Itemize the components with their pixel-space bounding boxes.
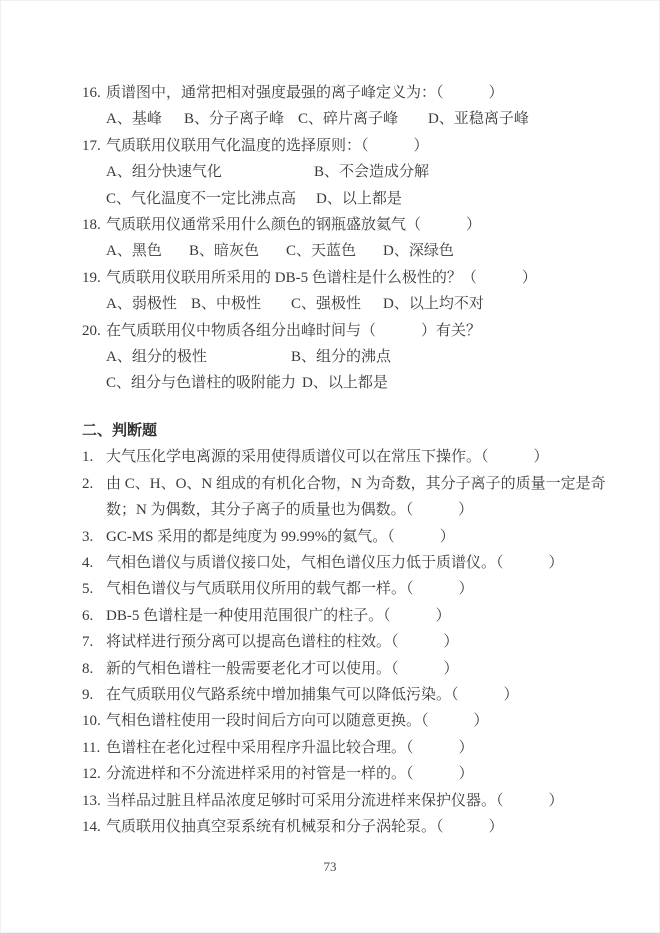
tf-item-number: 12. [82, 761, 101, 787]
option-label: B、组分的沸点 [291, 344, 391, 370]
tf-item-text: 由 C、H、O、N 组成的有机化合物，N 为奇数，其分子离子的质量一定是奇数；N… [106, 476, 606, 518]
tf-item: 13.当样品过脏且样品浓度足够时可采用分流进样来保护仪器。（ ） [82, 788, 606, 814]
tf-item-number: 13. [82, 788, 101, 814]
question-stem-line: 20.在气质联用仪中物质各组分出峰时间与（ ）有关？ [82, 318, 606, 344]
option-label: A、组分快速气化 [106, 159, 314, 185]
question-number: 16. [82, 80, 101, 106]
option-label: D、以上都是 [302, 370, 388, 396]
question-number: 17. [82, 133, 101, 159]
tf-item-number: 1. [82, 444, 93, 470]
option-label: D、以上都是 [316, 186, 402, 212]
option-line: A、组分的极性B、组分的沸点 [82, 344, 606, 370]
tf-item-text: 分流进样和不分流进样采用的衬管是一样的。（ ） [106, 766, 474, 782]
tf-item-text: 将试样进行预分离可以提高色谱柱的柱效。（ ） [106, 634, 459, 650]
tf-item-text: GC-MS 采用的都是纯度为 99.99%的氦气。（ ） [106, 529, 455, 545]
option-label: B、不会造成分解 [314, 159, 429, 185]
option-label: D、亚稳离子峰 [428, 106, 529, 132]
page-number: 73 [1, 859, 659, 875]
option-label: D、以上均不对 [383, 291, 484, 317]
option-label: B、分子离子峰 [184, 106, 298, 132]
question-number: 18. [82, 212, 101, 238]
tf-item-number: 10. [82, 708, 101, 734]
option-line: C、组分与色谱柱的吸附能力D、以上都是 [82, 370, 606, 396]
tf-item-number: 11. [82, 735, 100, 761]
option-label: A、基峰 [106, 106, 184, 132]
multiple-choice-section: 16.质谱图中，通常把相对强度最强的离子峰定义为：（ ）A、基峰B、分子离子峰C… [82, 80, 606, 397]
mc-question: 17.气质联用仪联用气化温度的选择原则：（ ）A、组分快速气化B、不会造成分解C… [82, 133, 606, 212]
option-label: A、黑色 [106, 238, 189, 264]
tf-item-number: 14. [82, 814, 101, 840]
tf-item-number: 9. [82, 682, 93, 708]
page-content: 16.质谱图中，通常把相对强度最强的离子峰定义为：（ ）A、基峰B、分子离子峰C… [82, 80, 606, 840]
tf-item-number: 7. [82, 629, 93, 655]
tf-item-text: 色谱柱在老化过程中采用程序升温比较合理。（ ） [106, 740, 474, 756]
option-line: A、组分快速气化B、不会造成分解 [82, 159, 606, 185]
question-stem-line: 19.气质联用仪联用所采用的 DB-5 色谱柱是什么极性的？（ ） [82, 265, 606, 291]
question-stem: 气质联用仪通常采用什么颜色的钢瓶盛放氦气（ ） [106, 217, 481, 233]
mc-question: 18.气质联用仪通常采用什么颜色的钢瓶盛放氦气（ ）A、黑色B、暗灰色C、天蓝色… [82, 212, 606, 265]
tf-item: 8.新的气相色谱柱一般需要老化才可以使用。（ ） [82, 656, 606, 682]
mc-question: 20.在气质联用仪中物质各组分出峰时间与（ ）有关？A、组分的极性B、组分的沸点… [82, 318, 606, 397]
tf-item: 9.在气质联用仪气路系统中增加捕集气可以降低污染。（ ） [82, 682, 606, 708]
option-label: A、弱极性 [106, 291, 191, 317]
tf-item: 10.气相色谱柱使用一段时间后方向可以随意更换。（ ） [82, 708, 606, 734]
tf-item: 11.色谱柱在老化过程中采用程序升温比较合理。（ ） [82, 735, 606, 761]
tf-item-text: 大气压化学电离源的采用使得质谱仪可以在常压下操作。（ ） [106, 449, 549, 465]
document-page: 16.质谱图中，通常把相对强度最强的离子峰定义为：（ ）A、基峰B、分子离子峰C… [0, 0, 660, 933]
question-stem: 质谱图中，通常把相对强度最强的离子峰定义为：（ ） [106, 85, 504, 101]
tf-item-number: 4. [82, 550, 93, 576]
tf-item: 5.气相色谱仪与气质联用仪所用的载气都一样。（ ） [82, 576, 606, 602]
tf-item: 6.DB-5 色谱柱是一种使用范围很广的柱子。（ ） [82, 603, 606, 629]
tf-item-text: DB-5 色谱柱是一种使用范围很广的柱子。（ ） [106, 608, 451, 624]
option-label: A、组分的极性 [106, 344, 291, 370]
option-label: B、中极性 [191, 291, 291, 317]
mc-question: 16.质谱图中，通常把相对强度最强的离子峰定义为：（ ）A、基峰B、分子离子峰C… [82, 80, 606, 133]
tf-item-text: 在气质联用仪气路系统中增加捕集气可以降低污染。（ ） [106, 687, 519, 703]
tf-item-text: 气相色谱仪与气质联用仪所用的载气都一样。（ ） [106, 581, 474, 597]
tf-item: 3.GC-MS 采用的都是纯度为 99.99%的氦气。（ ） [82, 524, 606, 550]
tf-item-text: 气质联用仪抽真空泵系统有机械泵和分子涡轮泵。（ ） [106, 819, 504, 835]
tf-item-number: 3. [82, 524, 93, 550]
tf-item: 12.分流进样和不分流进样采用的衬管是一样的。（ ） [82, 761, 606, 787]
option-line: A、弱极性B、中极性C、强极性D、以上均不对 [82, 291, 606, 317]
question-stem: 气质联用仪联用气化温度的选择原则：（ ） [106, 138, 429, 154]
tf-item: 1.大气压化学电离源的采用使得质谱仪可以在常压下操作。（ ） [82, 444, 606, 470]
tf-item: 14.气质联用仪抽真空泵系统有机械泵和分子涡轮泵。（ ） [82, 814, 606, 840]
option-label: C、气化温度不一定比沸点高 [106, 186, 316, 212]
section-heading-true-false: 二、判断题 [82, 418, 606, 444]
option-label: D、深绿色 [383, 238, 454, 264]
question-stem: 气质联用仪联用所采用的 DB-5 色谱柱是什么极性的？（ ） [106, 270, 537, 286]
option-label: C、强极性 [291, 291, 383, 317]
option-label: C、碎片离子峰 [298, 106, 428, 132]
tf-item-text: 当样品过脏且样品浓度足够时可采用分流进样来保护仪器。（ ） [106, 793, 564, 809]
option-label: B、暗灰色 [189, 238, 286, 264]
option-label: C、天蓝色 [286, 238, 383, 264]
question-stem: 在气质联用仪中物质各组分出峰时间与（ ）有关？ [106, 323, 481, 339]
tf-item-text: 气相色谱仪与质谱仪接口处，气相色谱仪压力低于质谱仪。（ ） [106, 555, 564, 571]
tf-item-text: 气相色谱柱使用一段时间后方向可以随意更换。（ ） [106, 713, 489, 729]
option-line: C、气化温度不一定比沸点高D、以上都是 [82, 186, 606, 212]
option-label: C、组分与色谱柱的吸附能力 [106, 370, 302, 396]
question-number: 19. [82, 265, 101, 291]
tf-item-number: 8. [82, 656, 93, 682]
tf-item-number: 6. [82, 603, 93, 629]
question-stem-line: 16.质谱图中，通常把相对强度最强的离子峰定义为：（ ） [82, 80, 606, 106]
tf-item: 2.由 C、H、O、N 组成的有机化合物，N 为奇数，其分子离子的质量一定是奇数… [82, 471, 606, 524]
question-stem-line: 17.气质联用仪联用气化温度的选择原则：（ ） [82, 133, 606, 159]
question-stem-line: 18.气质联用仪通常采用什么颜色的钢瓶盛放氦气（ ） [82, 212, 606, 238]
tf-item: 7.将试样进行预分离可以提高色谱柱的柱效。（ ） [82, 629, 606, 655]
tf-item-number: 2. [82, 471, 93, 497]
mc-question: 19.气质联用仪联用所采用的 DB-5 色谱柱是什么极性的？（ ）A、弱极性B、… [82, 265, 606, 318]
option-line: A、黑色B、暗灰色C、天蓝色D、深绿色 [82, 238, 606, 264]
option-line: A、基峰B、分子离子峰C、碎片离子峰D、亚稳离子峰 [82, 106, 606, 132]
tf-item: 4.气相色谱仪与质谱仪接口处，气相色谱仪压力低于质谱仪。（ ） [82, 550, 606, 576]
tf-item-number: 5. [82, 576, 93, 602]
question-number: 20. [82, 318, 101, 344]
tf-item-text: 新的气相色谱柱一般需要老化才可以使用。（ ） [106, 661, 459, 677]
true-false-section: 1.大气压化学电离源的采用使得质谱仪可以在常压下操作。（ ）2.由 C、H、O、… [82, 444, 606, 840]
